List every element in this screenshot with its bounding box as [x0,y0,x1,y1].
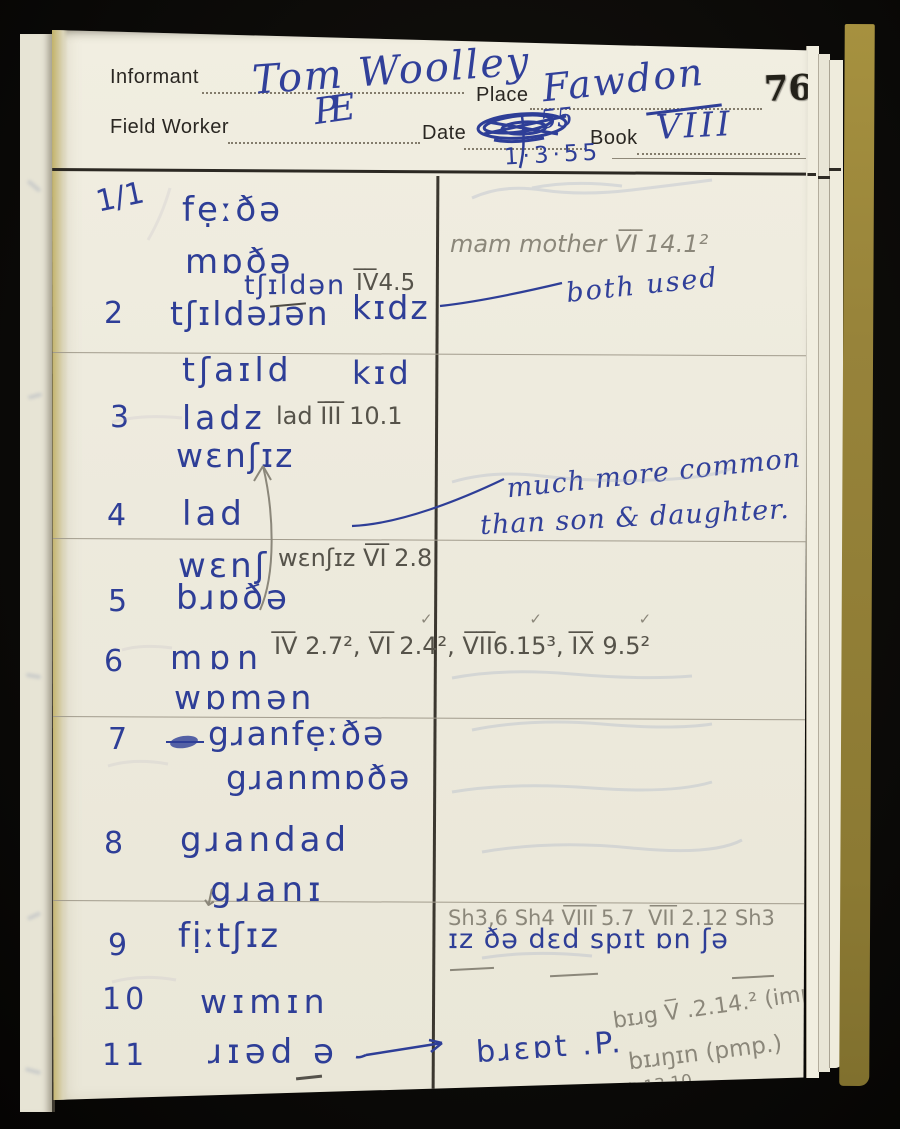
entry-3-word-wenches: wɛnʃɪz [176,436,294,475]
book-rule [637,151,800,155]
entry-11-pencil-ref-2: bɪɹŋɪn (pmp.) [627,1031,784,1076]
row-rule [52,352,806,356]
entry-6-number: 6 [104,644,123,679]
row-rule [52,538,806,542]
ruled-line-on-edge [806,173,816,176]
corrected-date-handwriting: 1·3·55 [503,139,601,170]
entry-4-number: 4 [107,498,126,533]
entry-10-number: 10 [102,982,148,1017]
entry-6-word-woman: wɒmən [174,678,315,717]
ruled-line-on-edge [818,176,830,179]
entry-1-number: 1/1 [93,175,148,219]
entry-11-pencil-ref-3: I̲I̲I̲. 13.10 [617,1071,694,1101]
phrase-underline [732,975,774,979]
entry-3-word-lads: ladz [182,398,266,437]
adjacent-page-edge [20,34,55,1112]
entry-10-word-women: wɪmɪn [200,982,330,1021]
row-rule [52,716,806,720]
entry-11-number: 11 [102,1038,148,1073]
notebook-cover-edge [839,24,875,1086]
entry-7-word-grandmother: gɹanmɒðə [226,758,411,797]
entry-1-word-father: fẹːðə [182,190,283,230]
entry-6-references: I̅V̅ 2.7², V̅I̅ 2.4², V̅I̅I̅6.15³, I̅X̅ … [274,632,650,660]
entry-3-reference: lad I̅I̅I̅ 10.1 [276,402,403,430]
entry-8-word-granny: gɹanɪ [210,870,326,910]
entry-11-word: ɹɪəd ə [208,1032,339,1072]
entry-2-word-child: tʃaɪld [182,350,293,389]
entry-4-reference: wɛnʃɪz V̅I̅ 2.8 [278,544,432,572]
entry-2-number: 2 [104,296,123,331]
entry-6-checkmarks: ✓ ✓ ✓ [420,610,697,628]
entry-11-pencil-ref-1: bɪɹg V̅ .2.14.² (imp? [611,979,827,1034]
field-worker-label: Field Worker [110,116,229,139]
entry-3-number: 3 [110,400,129,435]
entry-11-ink-note: bɹɛɒt .P. [475,1025,625,1070]
header-separator-line [52,168,806,176]
entry-9-word-features: fịːtʃɪz [178,916,280,956]
entry-11-underline [296,1075,322,1080]
entry-9-number: 9 [108,928,127,963]
entry-8-number: 8 [104,826,123,861]
phrase-underline [550,973,598,978]
informant-label: Informant [110,66,199,89]
field-worker-rule [228,140,420,144]
entry-5-word-brother: bɹɒðə [176,578,290,618]
date-label: Date [422,122,466,145]
page-number-stamp: 76 [763,67,813,110]
header-separator-echo [612,158,806,159]
field-worker-initials-handwriting: PE [311,88,349,133]
ruled-line-on-edge [829,168,841,171]
entry-2-word-kids: kɪdz [352,288,430,327]
entry-8-word-grandad: gɹandad [180,820,350,860]
both-used-note: both used [565,262,720,309]
page-gutter-shadow [52,30,68,1100]
row-rule [52,900,806,904]
entry-6-word-man: mɒn [170,638,265,677]
date-scribble-remnant: 55 [539,102,575,135]
notebook-page: Informant Place Field Worker Date Book 7… [52,30,808,1100]
entry-9-phrase-dead-spit: ɪz ðə dɛd spɪt ɒn ʃə [448,924,729,955]
entry-5-number: 5 [108,584,127,619]
entry-7-word-grandfather: gɹanfẹːðə [208,714,385,753]
mam-mother-note: mam mother V̅I̅ 14.1² [450,230,708,258]
phrase-underline [450,967,494,971]
entry-2-word-children: tʃɪldəɹən [170,294,330,333]
place-handwriting: Fawdon [540,50,706,111]
entry-7-number: 7 [108,722,127,757]
entry-2-word-kid: kɪd [352,354,412,392]
entry-4-word-lad: lad [182,494,246,534]
